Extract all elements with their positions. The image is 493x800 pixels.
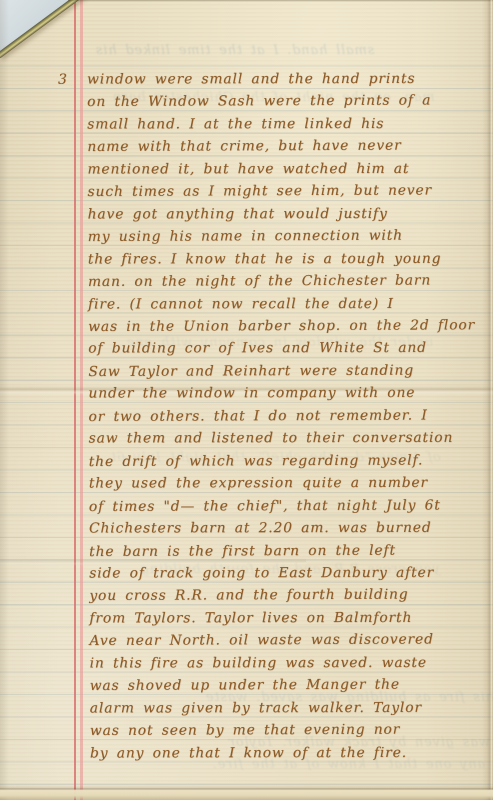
handwritten-line: was not seen by me that evening nor <box>90 718 477 742</box>
handwritten-line: alarm was given by track walker. Taylor <box>90 696 477 719</box>
handwritten-line: side of track going to East Danbury afte… <box>89 562 476 585</box>
handwritten-line: Ave near North. oil waste was discovered <box>89 629 476 653</box>
handwritten-line: the barn is the first barn on the left <box>89 539 476 563</box>
handwritten-line: my using his name in connection with <box>88 224 475 248</box>
page-edge-top <box>68 0 493 2</box>
handwritten-line: Saw Taylor and Reinhart were standing <box>88 359 475 383</box>
handwritten-line: of building cor of Ives and White St and <box>88 337 475 360</box>
folded-corner-backdrop <box>0 0 80 60</box>
handwritten-line: name with that crime, but have never <box>87 135 474 159</box>
handwritten-line: small hand. I at the time linked his <box>87 113 474 136</box>
page-edge-right <box>482 0 493 800</box>
handwritten-line: by any one that I know of at the fire. <box>90 741 477 764</box>
bleedthrough-text: small hand. I at the time linked his <box>95 43 374 59</box>
handwritten-line: of times "d— the chief", that night July… <box>89 494 476 518</box>
handwritten-line: window were small and the hand prints <box>87 68 474 91</box>
page-edge-left <box>0 0 9 800</box>
page-number: 3 <box>58 72 67 88</box>
handwritten-line: the drift of which was regarding myself. <box>89 449 476 473</box>
handwritten-line: on the Window Sash were the prints of a <box>87 90 474 114</box>
handwritten-line: fire. (I cannot now recall the date) I <box>88 292 475 315</box>
handwritten-line: man. on the night of the Chichester barn <box>88 269 475 293</box>
red-margin-line-outer <box>74 0 76 800</box>
handwritten-line: in this fire as building was saved. wast… <box>90 652 477 675</box>
handwritten-line: they used the expression quite a number <box>89 472 476 495</box>
handwritten-line: from Taylors. Taylor lives on Balmforth <box>89 607 476 630</box>
handwritten-line: the fires. I know that he is a tough you… <box>88 247 475 270</box>
handwritten-line: have got anything that would justify <box>88 203 475 226</box>
manuscript-page: small hand. I at the time linked his man… <box>0 0 493 800</box>
handwritten-line: was in the Union barber shop. on the 2d … <box>88 314 475 338</box>
handwritten-line: you cross R.R. and the fourth building <box>89 584 476 608</box>
handwritten-line: mentioned it, but have watched him at <box>87 158 474 181</box>
red-margin-line-inner <box>80 0 83 800</box>
handwritten-line: such times as I might see him, but never <box>87 180 474 204</box>
handwritten-text: window were small and the hand prints on… <box>87 67 477 765</box>
handwritten-line: saw them and listened to their conversat… <box>89 427 476 450</box>
handwritten-line: was shoved up under the Manger the <box>90 674 477 698</box>
page-edge-bottom <box>0 785 493 800</box>
handwritten-line: or two others. that I do not remember. I <box>88 404 475 428</box>
handwritten-line: under the window in company with one <box>88 382 475 405</box>
handwritten-line: Chichesters barn at 2.20 am. was burned <box>89 517 476 540</box>
